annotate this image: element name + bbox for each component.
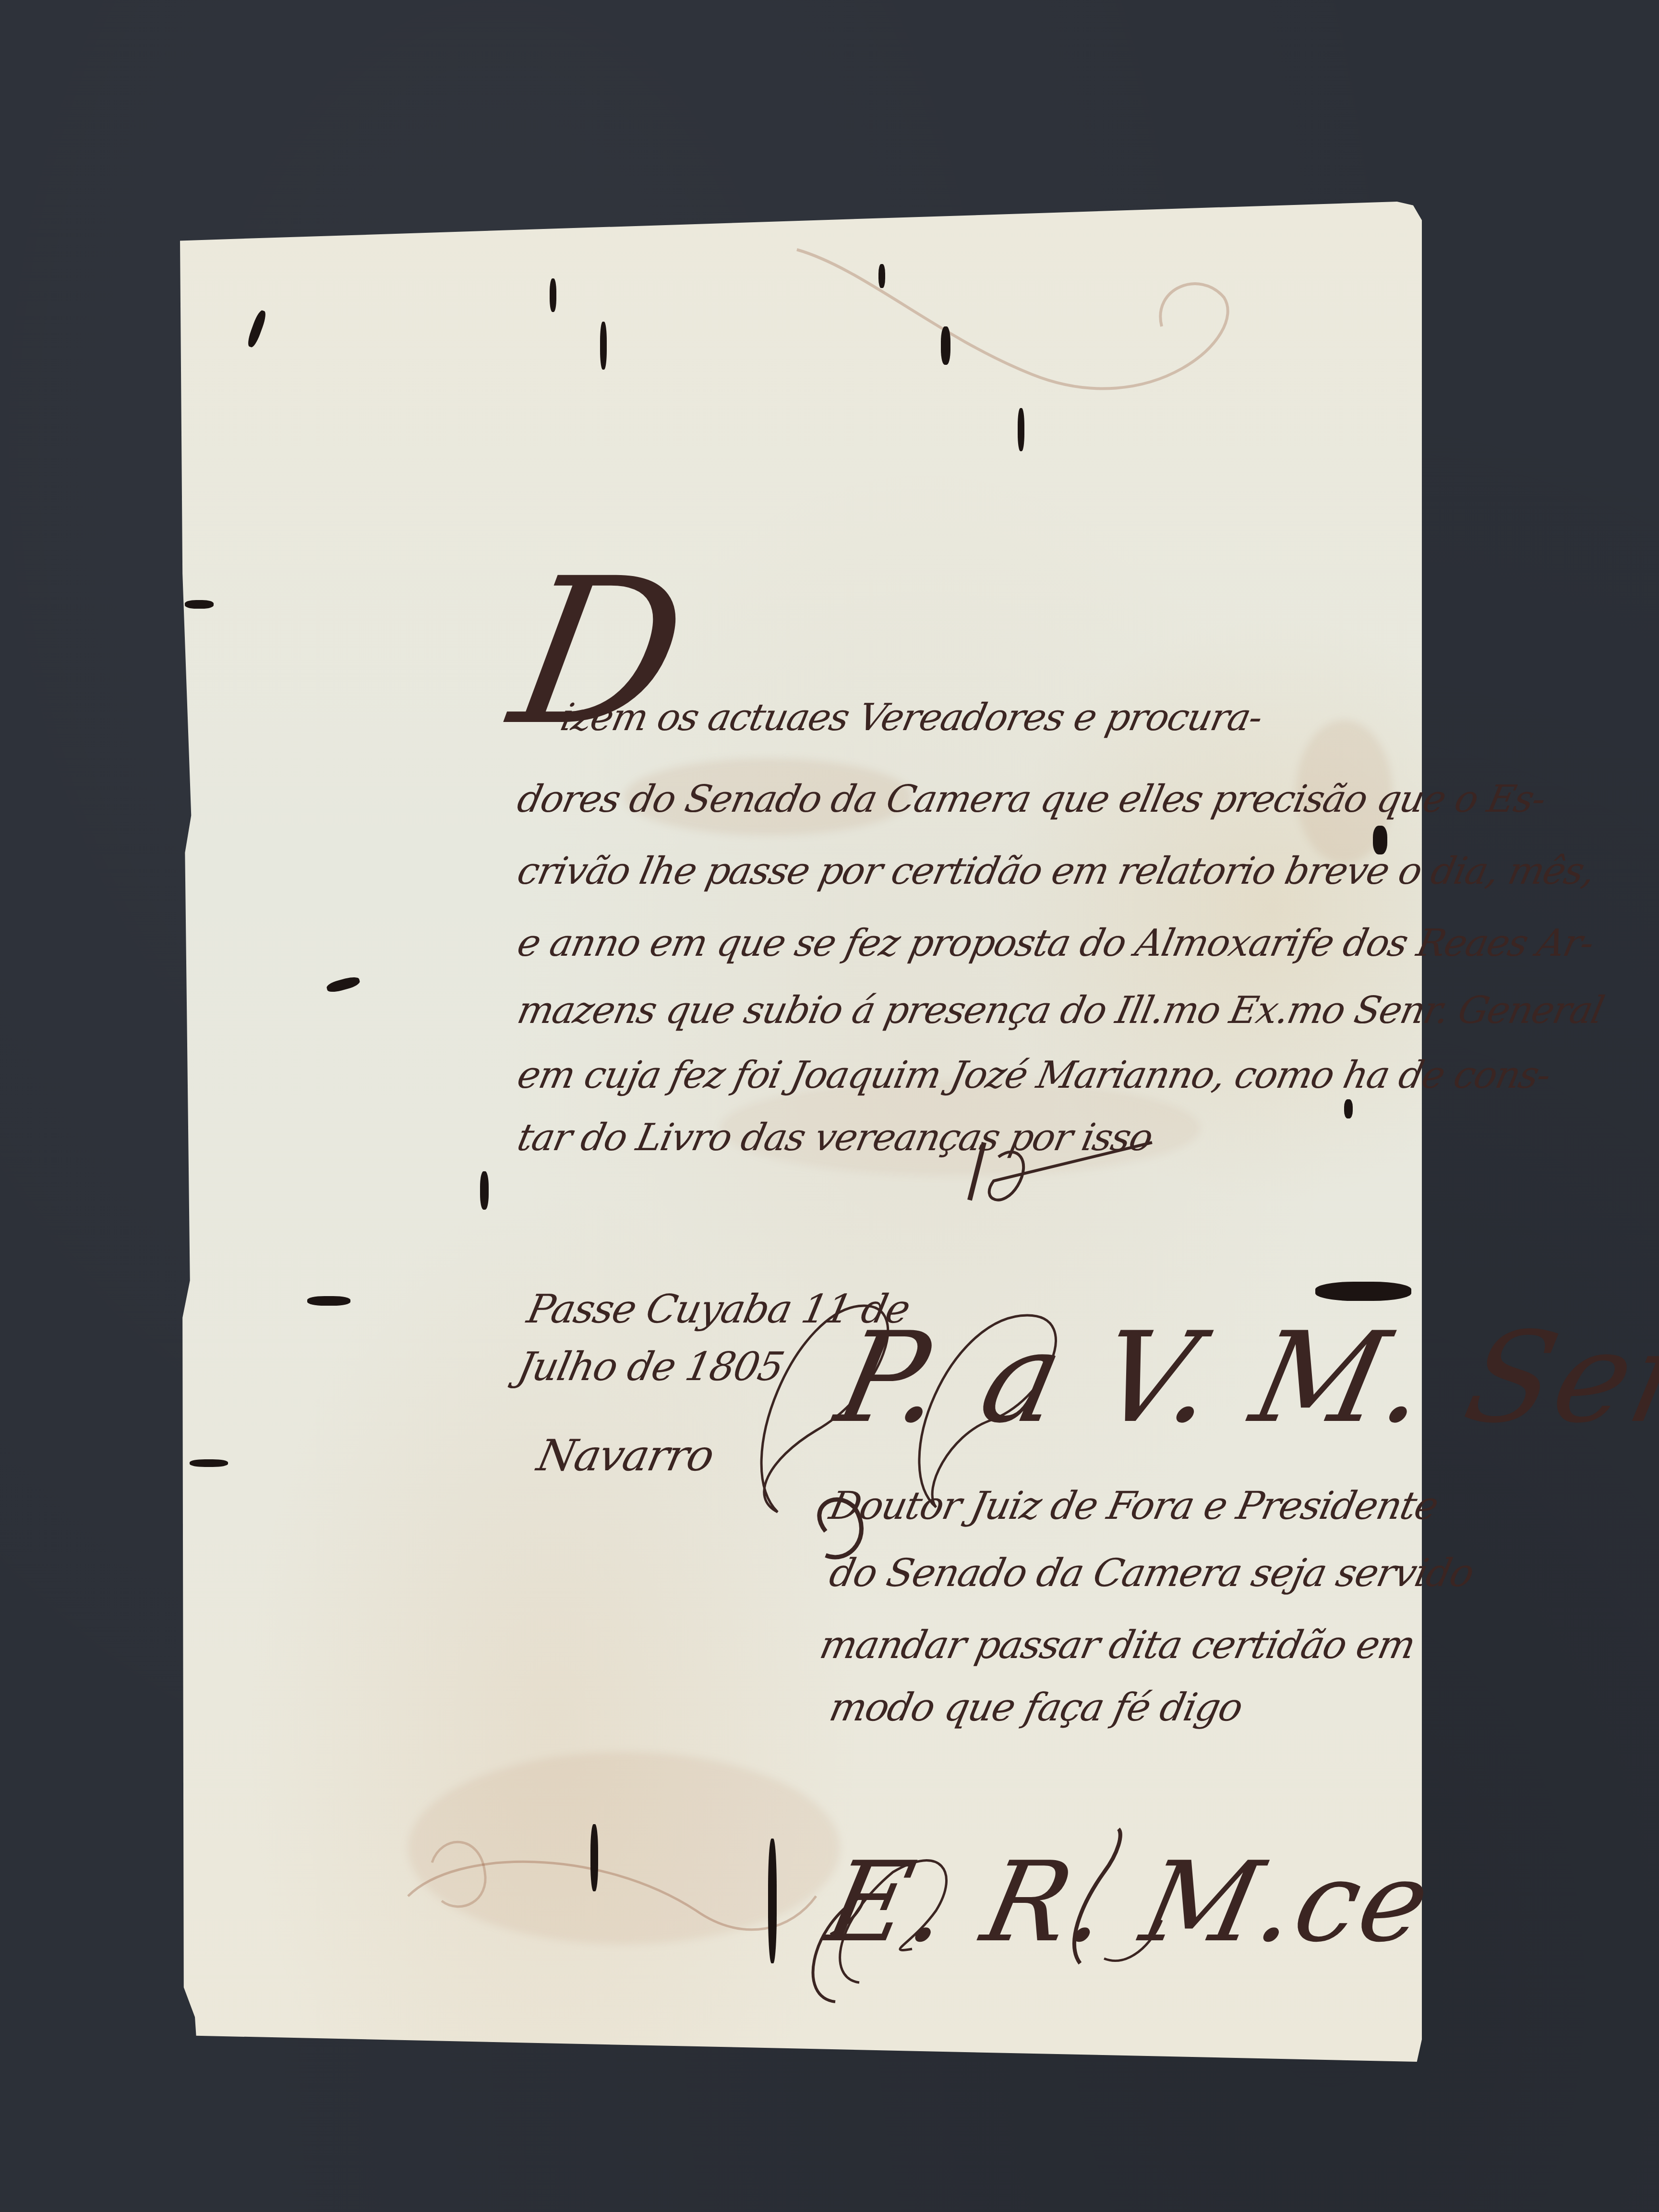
ink-blot bbox=[480, 1171, 489, 1210]
request-line-1: Doutor Juiz de Fora e Presidente bbox=[826, 1483, 1442, 1528]
body-line-6: em cuja fez foi Joaquim Jozé Marianno, c… bbox=[514, 1054, 1554, 1097]
ink-blot bbox=[941, 326, 950, 365]
ink-blot bbox=[185, 600, 214, 609]
request-line-3: mandar passar dita certidão em bbox=[816, 1623, 1419, 1667]
ink-blot bbox=[600, 322, 607, 370]
ink-blot bbox=[768, 1839, 777, 1963]
ink-blot bbox=[190, 1459, 228, 1467]
ink-blot bbox=[1344, 1099, 1353, 1118]
ink-blot bbox=[550, 278, 556, 312]
request-line-4: modo que faça fé digo bbox=[826, 1685, 1246, 1730]
request-line-2: do Senado da Camera seja servido bbox=[826, 1551, 1478, 1595]
ink-blot bbox=[1315, 1282, 1411, 1301]
ink-blot bbox=[590, 1824, 598, 1891]
body-line-4: e anno em que se fez proposta do Almoxar… bbox=[514, 922, 1597, 965]
body-line-7: tar do Livro das vereanças por isso bbox=[514, 1116, 1156, 1159]
despacho-signature: Navarro bbox=[533, 1431, 718, 1481]
body-line-5: mazens que subio á presença do Ill.mo Ex… bbox=[514, 989, 1607, 1032]
despacho-line-2: Julho de 1805 bbox=[514, 1344, 787, 1390]
body-line-1: izem os actuaes Vereadores e procura- bbox=[557, 696, 1266, 739]
body-line-2: dores do Senado da Camera que elles prec… bbox=[514, 778, 1549, 821]
ink-blot bbox=[878, 264, 885, 288]
salutation: P. a V. M. Senr. bbox=[826, 1306, 1659, 1451]
ink-blot bbox=[1018, 408, 1024, 451]
ink-blot bbox=[307, 1296, 350, 1306]
closing-formula: E. R. M.ce bbox=[816, 1839, 1442, 1967]
body-line-3: crivão lhe passe por certidão em relator… bbox=[514, 850, 1599, 893]
